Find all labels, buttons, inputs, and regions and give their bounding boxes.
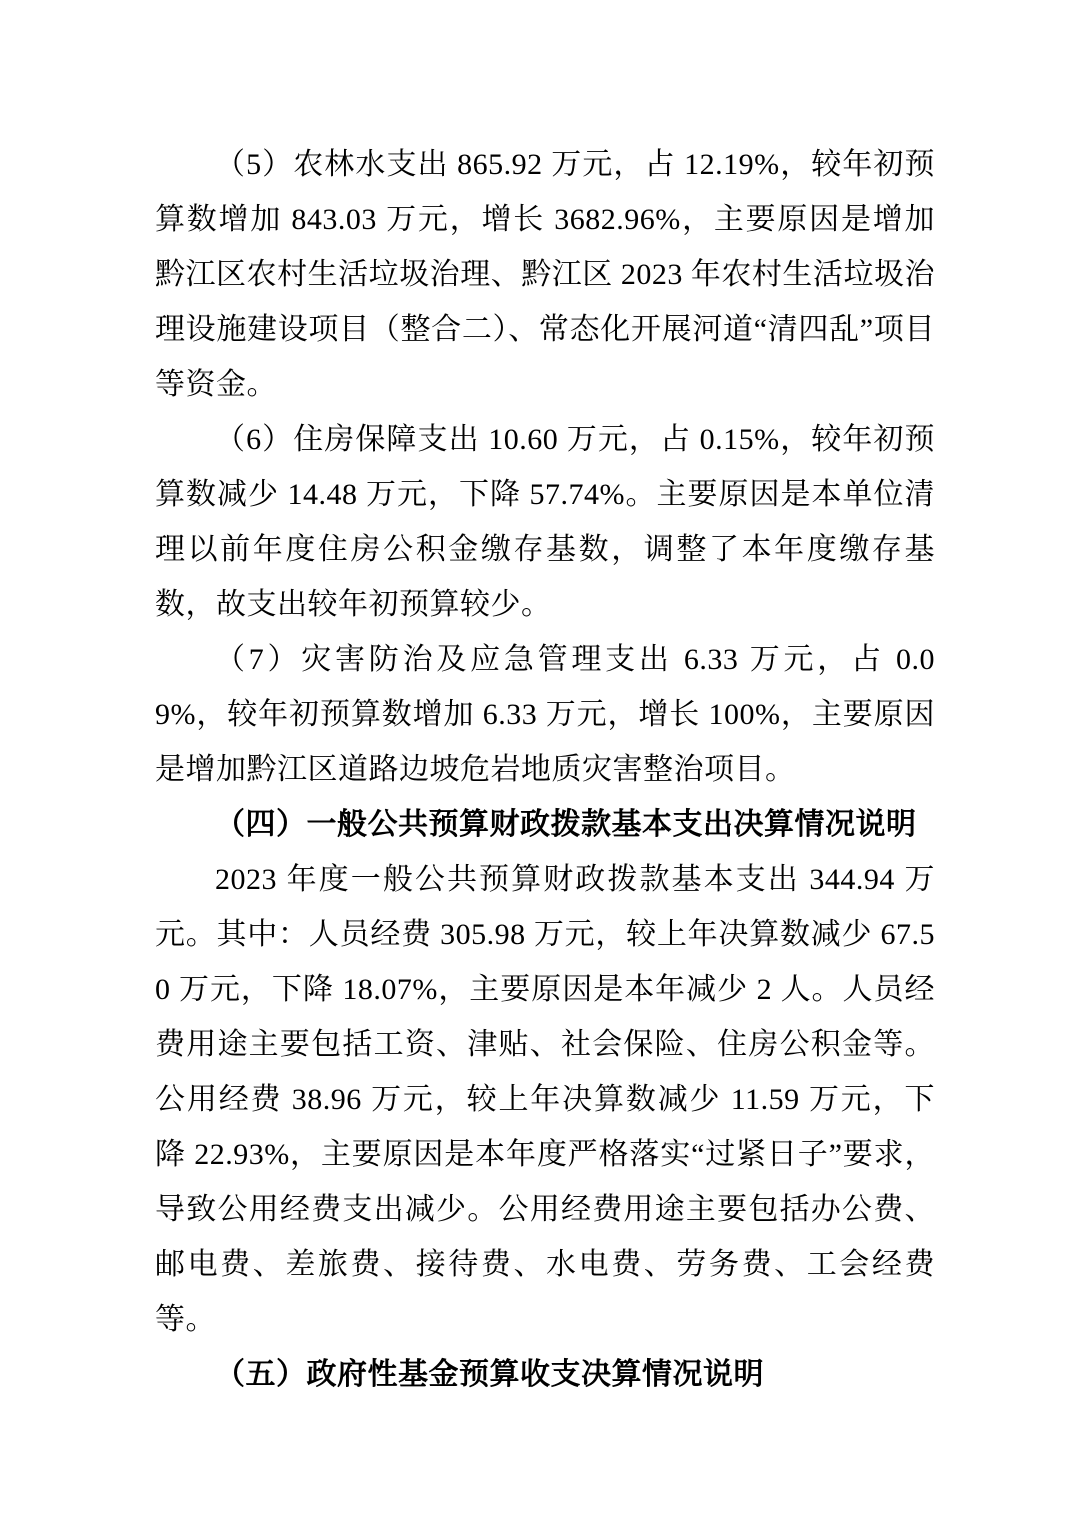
para-basic-expenditure-detail: 2023 年度一般公共预算财政拨款基本支出 344.94 万元。其中：人员经费 … bbox=[155, 852, 935, 1347]
para-item-6-housing-security-expenditure: （6）住房保障支出 10.60 万元，占 0.15%，较年初预算数减少 14.4… bbox=[155, 412, 935, 632]
document-body: { "page": { "background_color": "#ffffff… bbox=[0, 0, 1074, 1520]
heading-section-5-government-fund-budget-explanation: （五）政府性基金预算收支决算情况说明 bbox=[155, 1347, 935, 1402]
para-item-5-agriculture-forestry-water-expenditure: （5）农林水支出 865.92 万元，占 12.19%，较年初预算数增加 843… bbox=[155, 137, 935, 412]
para-item-7-disaster-prevention-emergency-expenditure: （7）灾害防治及应急管理支出 6.33 万元，占 0.09%，较年初预算数增加 … bbox=[155, 632, 935, 797]
document-page: （5）农林水支出 865.92 万元，占 12.19%，较年初预算数增加 843… bbox=[0, 0, 1074, 1520]
heading-section-4-basic-expenditure-explanation: （四）一般公共预算财政拨款基本支出决算情况说明 bbox=[155, 797, 935, 852]
